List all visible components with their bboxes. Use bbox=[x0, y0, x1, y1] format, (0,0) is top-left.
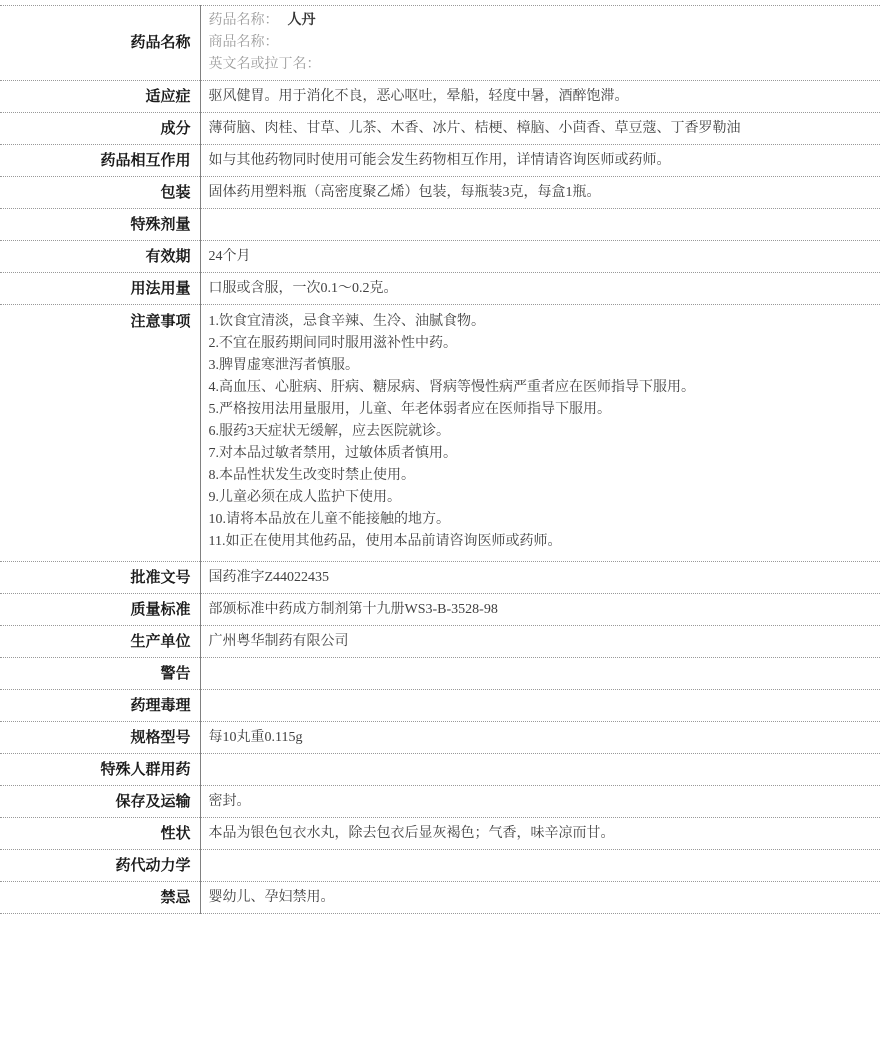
row-value: 固体药用塑料瓶（高密度聚乙烯）包装，每瓶装3克，每盒1瓶。 bbox=[200, 177, 880, 209]
name-field-line: 药品名称：人丹 bbox=[209, 10, 871, 32]
row-value bbox=[200, 690, 880, 722]
row-value bbox=[200, 658, 880, 690]
note-line: 8.本品性状发生改变时禁止使用。 bbox=[209, 465, 871, 487]
table-row: 药品名称药品名称：人丹商品名称：英文名或拉丁名： bbox=[0, 6, 880, 81]
page: 药品名称药品名称：人丹商品名称：英文名或拉丁名：适应症驱风健胃。用于消化不良，恶… bbox=[0, 0, 880, 1050]
table-row: 药理毒理 bbox=[0, 690, 880, 722]
table-row: 性状本品为银色包衣水丸，除去包衣后显灰褐色；气香，味辛凉而甘。 bbox=[0, 818, 880, 850]
name-field-line: 英文名或拉丁名： bbox=[209, 54, 871, 76]
row-value bbox=[200, 850, 880, 882]
table-row: 生产单位广州粤华制药有限公司 bbox=[0, 626, 880, 658]
table-row: 特殊剂量 bbox=[0, 209, 880, 241]
row-label: 质量标准 bbox=[0, 594, 200, 626]
table-row: 药品相互作用如与其他药物同时使用可能会发生药物相互作用，详情请咨询医师或药师。 bbox=[0, 145, 880, 177]
row-label: 禁忌 bbox=[0, 882, 200, 914]
row-value: 密封。 bbox=[200, 786, 880, 818]
row-value: 薄荷脑、肉桂、甘草、儿茶、木香、冰片、桔梗、樟脑、小茴香、草豆蔻、丁香罗勒油 bbox=[200, 113, 880, 145]
field-value: 人丹 bbox=[288, 13, 316, 28]
row-label: 规格型号 bbox=[0, 722, 200, 754]
drug-info-table: 药品名称药品名称：人丹商品名称：英文名或拉丁名：适应症驱风健胃。用于消化不良，恶… bbox=[0, 5, 880, 914]
row-label: 生产单位 bbox=[0, 626, 200, 658]
note-line: 4.高血压、心脏病、肝病、糖尿病、肾病等慢性病严重者应在医师指导下服用。 bbox=[209, 377, 871, 399]
field-key: 英文名或拉丁名： bbox=[209, 57, 321, 72]
note-line: 11.如正在使用其他药品，使用本品前请咨询医师或药师。 bbox=[209, 531, 871, 553]
row-label: 药品相互作用 bbox=[0, 145, 200, 177]
row-label: 警告 bbox=[0, 658, 200, 690]
row-label: 药理毒理 bbox=[0, 690, 200, 722]
table-row: 规格型号每10丸重0.115g bbox=[0, 722, 880, 754]
table-row: 保存及运输密封。 bbox=[0, 786, 880, 818]
note-line: 7.对本品过敏者禁用，过敏体质者慎用。 bbox=[209, 443, 871, 465]
row-value: 本品为银色包衣水丸，除去包衣后显灰褐色；气香，味辛凉而甘。 bbox=[200, 818, 880, 850]
table-row: 适应症驱风健胃。用于消化不良，恶心呕吐，晕船，轻度中暑，酒醉饱滞。 bbox=[0, 81, 880, 113]
row-value: 每10丸重0.115g bbox=[200, 722, 880, 754]
row-value: 如与其他药物同时使用可能会发生药物相互作用，详情请咨询医师或药师。 bbox=[200, 145, 880, 177]
table-row: 质量标准部颁标准中药成方制剂第十九册WS3-B-3528-98 bbox=[0, 594, 880, 626]
note-line: 9.儿童必须在成人监护下使用。 bbox=[209, 487, 871, 509]
table-row: 批准文号国药准字Z44022435 bbox=[0, 562, 880, 594]
row-label: 保存及运输 bbox=[0, 786, 200, 818]
row-label: 注意事项 bbox=[0, 305, 200, 562]
note-line: 2.不宜在服药期间同时服用滋补性中药。 bbox=[209, 333, 871, 355]
note-line: 3.脾胃虚寒泄泻者慎服。 bbox=[209, 355, 871, 377]
row-label: 批准文号 bbox=[0, 562, 200, 594]
table-row: 禁忌婴幼儿、孕妇禁用。 bbox=[0, 882, 880, 914]
drug-info-table-body: 药品名称药品名称：人丹商品名称：英文名或拉丁名：适应症驱风健胃。用于消化不良，恶… bbox=[0, 6, 880, 914]
row-value bbox=[200, 209, 880, 241]
row-label: 包装 bbox=[0, 177, 200, 209]
table-row: 药代动力学 bbox=[0, 850, 880, 882]
row-value: 1.饮食宜清淡，忌食辛辣、生冷、油腻食物。2.不宜在服药期间同时服用滋补性中药。… bbox=[200, 305, 880, 562]
row-value: 广州粤华制药有限公司 bbox=[200, 626, 880, 658]
field-key: 商品名称： bbox=[209, 35, 279, 50]
row-value: 24个月 bbox=[200, 241, 880, 273]
table-row: 成分薄荷脑、肉桂、甘草、儿茶、木香、冰片、桔梗、樟脑、小茴香、草豆蔻、丁香罗勒油 bbox=[0, 113, 880, 145]
row-value: 口服或含服，一次0.1～0.2克。 bbox=[200, 273, 880, 305]
row-value bbox=[200, 754, 880, 786]
row-label: 特殊剂量 bbox=[0, 209, 200, 241]
row-label: 药代动力学 bbox=[0, 850, 200, 882]
note-line: 6.服药3天症状无缓解，应去医院就诊。 bbox=[209, 421, 871, 443]
note-line: 1.饮食宜清淡，忌食辛辣、生冷、油腻食物。 bbox=[209, 311, 871, 333]
table-row: 注意事项1.饮食宜清淡，忌食辛辣、生冷、油腻食物。2.不宜在服药期间同时服用滋补… bbox=[0, 305, 880, 562]
field-key: 药品名称： bbox=[209, 13, 279, 28]
row-label: 有效期 bbox=[0, 241, 200, 273]
row-label: 性状 bbox=[0, 818, 200, 850]
row-value: 驱风健胃。用于消化不良，恶心呕吐，晕船，轻度中暑，酒醉饱滞。 bbox=[200, 81, 880, 113]
row-label: 用法用量 bbox=[0, 273, 200, 305]
name-field-line: 商品名称： bbox=[209, 32, 871, 54]
table-row: 特殊人群用药 bbox=[0, 754, 880, 786]
table-row: 警告 bbox=[0, 658, 880, 690]
row-value: 国药准字Z44022435 bbox=[200, 562, 880, 594]
note-line: 10.请将本品放在儿童不能接触的地方。 bbox=[209, 509, 871, 531]
row-value: 药品名称：人丹商品名称：英文名或拉丁名： bbox=[200, 6, 880, 81]
row-label: 适应症 bbox=[0, 81, 200, 113]
note-line: 5.严格按用法用量服用，儿童、年老体弱者应在医师指导下服用。 bbox=[209, 399, 871, 421]
row-value: 部颁标准中药成方制剂第十九册WS3-B-3528-98 bbox=[200, 594, 880, 626]
table-row: 有效期24个月 bbox=[0, 241, 880, 273]
table-row: 用法用量口服或含服，一次0.1～0.2克。 bbox=[0, 273, 880, 305]
row-label: 药品名称 bbox=[0, 6, 200, 81]
row-label: 成分 bbox=[0, 113, 200, 145]
row-value: 婴幼儿、孕妇禁用。 bbox=[200, 882, 880, 914]
row-label: 特殊人群用药 bbox=[0, 754, 200, 786]
table-row: 包装固体药用塑料瓶（高密度聚乙烯）包装，每瓶装3克，每盒1瓶。 bbox=[0, 177, 880, 209]
